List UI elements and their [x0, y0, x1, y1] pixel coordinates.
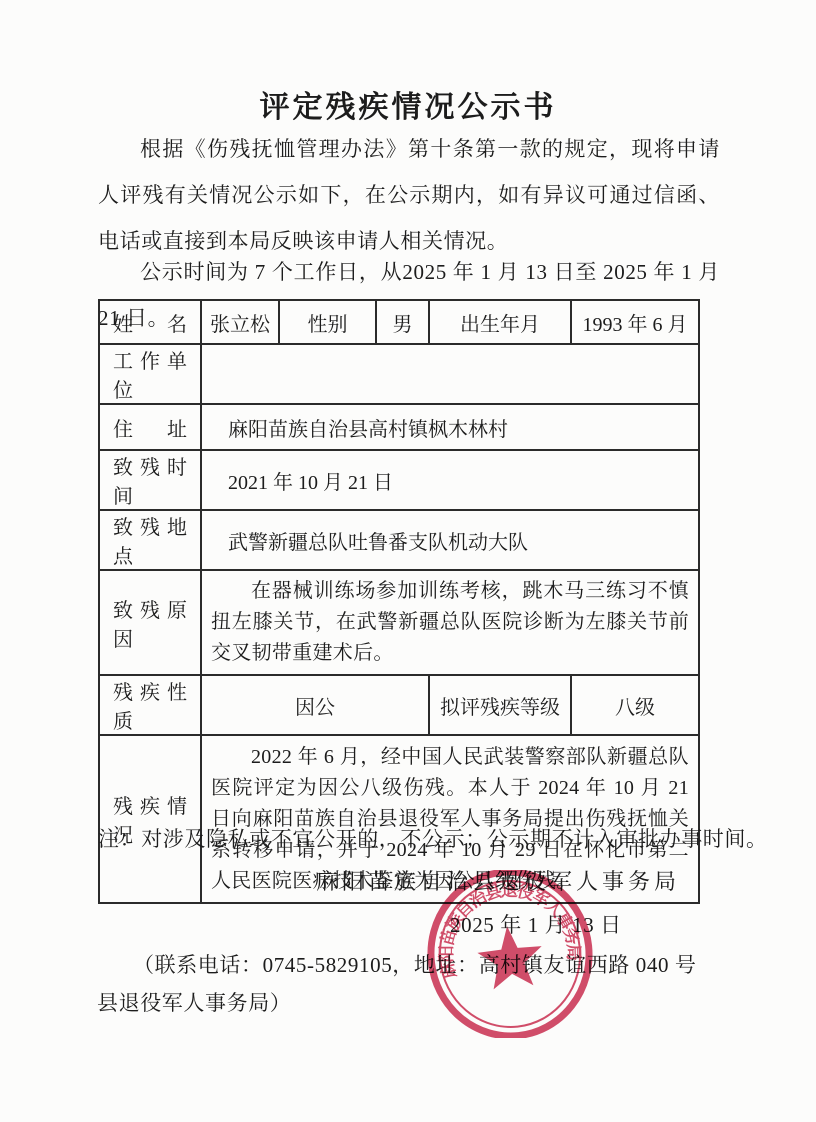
table-row: 致残时间 2021 年 10 月 21 日: [99, 450, 699, 510]
nature-label: 残疾性质: [99, 675, 201, 735]
table-row: 残疾性质 因公 拟评残疾等级 八级: [99, 675, 699, 735]
contact-line-2: 县退役军人事务局）: [97, 981, 291, 1026]
birth-label: 出生年月: [429, 300, 571, 344]
injury-reason-text: 在器械训练场参加训练考核，跳木马三练习不慎扭左膝关节，在武警新疆总队医院诊断为左…: [203, 572, 697, 673]
address-label: 住址: [99, 404, 201, 450]
seal-star-icon: [475, 923, 546, 991]
name-value: 张立松: [201, 300, 279, 344]
workunit-label: 工作单位: [99, 344, 201, 404]
nature-value: 因公: [201, 675, 429, 735]
address-value: 麻阳苗族自治县高村镇枫木林村: [201, 404, 699, 450]
name-label: 姓名: [99, 300, 201, 344]
workunit-value: [201, 344, 699, 404]
table-row: 工作单位: [99, 344, 699, 404]
disability-notice-table: 姓名 张立松 性别 男 出生年月 1993 年 6 月 工作单位 住址 麻阳苗族…: [98, 299, 700, 904]
injury-reason-value: 在器械训练场参加训练考核，跳木马三练习不慎扭左膝关节，在武警新疆总队医院诊断为左…: [201, 570, 699, 675]
privacy-note: 注：对涉及隐私或不宜公开的，不公示；公示期不计入审批办事时间。: [98, 817, 768, 862]
intro-paragraph: 根据《伤残抚恤管理办法》第十条第一款的规定，现将申请人评残有关情况公示如下，在公…: [98, 126, 720, 264]
injury-time-label: 致残时间: [99, 450, 201, 510]
table-row: 致残原因 在器械训练场参加训练考核，跳木马三练习不慎扭左膝关节，在武警新疆总队医…: [99, 570, 699, 675]
grade-value: 八级: [571, 675, 699, 735]
gender-value: 男: [376, 300, 429, 344]
grade-label: 拟评残疾等级: [429, 675, 571, 735]
page-title: 评定残疾情况公示书: [0, 82, 816, 126]
injury-place-value: 武警新疆总队吐鲁番支队机动大队: [201, 510, 699, 570]
birth-value: 1993 年 6 月: [571, 300, 699, 344]
gender-label: 性别: [279, 300, 376, 344]
injury-reason-label: 致残原因: [99, 570, 201, 675]
official-seal-stamp: 麻阳苗族自治县退役军人事务局: [426, 870, 594, 1038]
table-row: 姓名 张立松 性别 男 出生年月 1993 年 6 月: [99, 300, 699, 344]
injury-time-value: 2021 年 10 月 21 日: [201, 450, 699, 510]
injury-place-label: 致残地点: [99, 510, 201, 570]
table-row: 住址 麻阳苗族自治县高村镇枫木林村: [99, 404, 699, 450]
document-page: 评定残疾情况公示书 根据《伤残抚恤管理办法》第十条第一款的规定，现将申请人评残有…: [0, 0, 816, 1122]
table-row: 致残地点 武警新疆总队吐鲁番支队机动大队: [99, 510, 699, 570]
